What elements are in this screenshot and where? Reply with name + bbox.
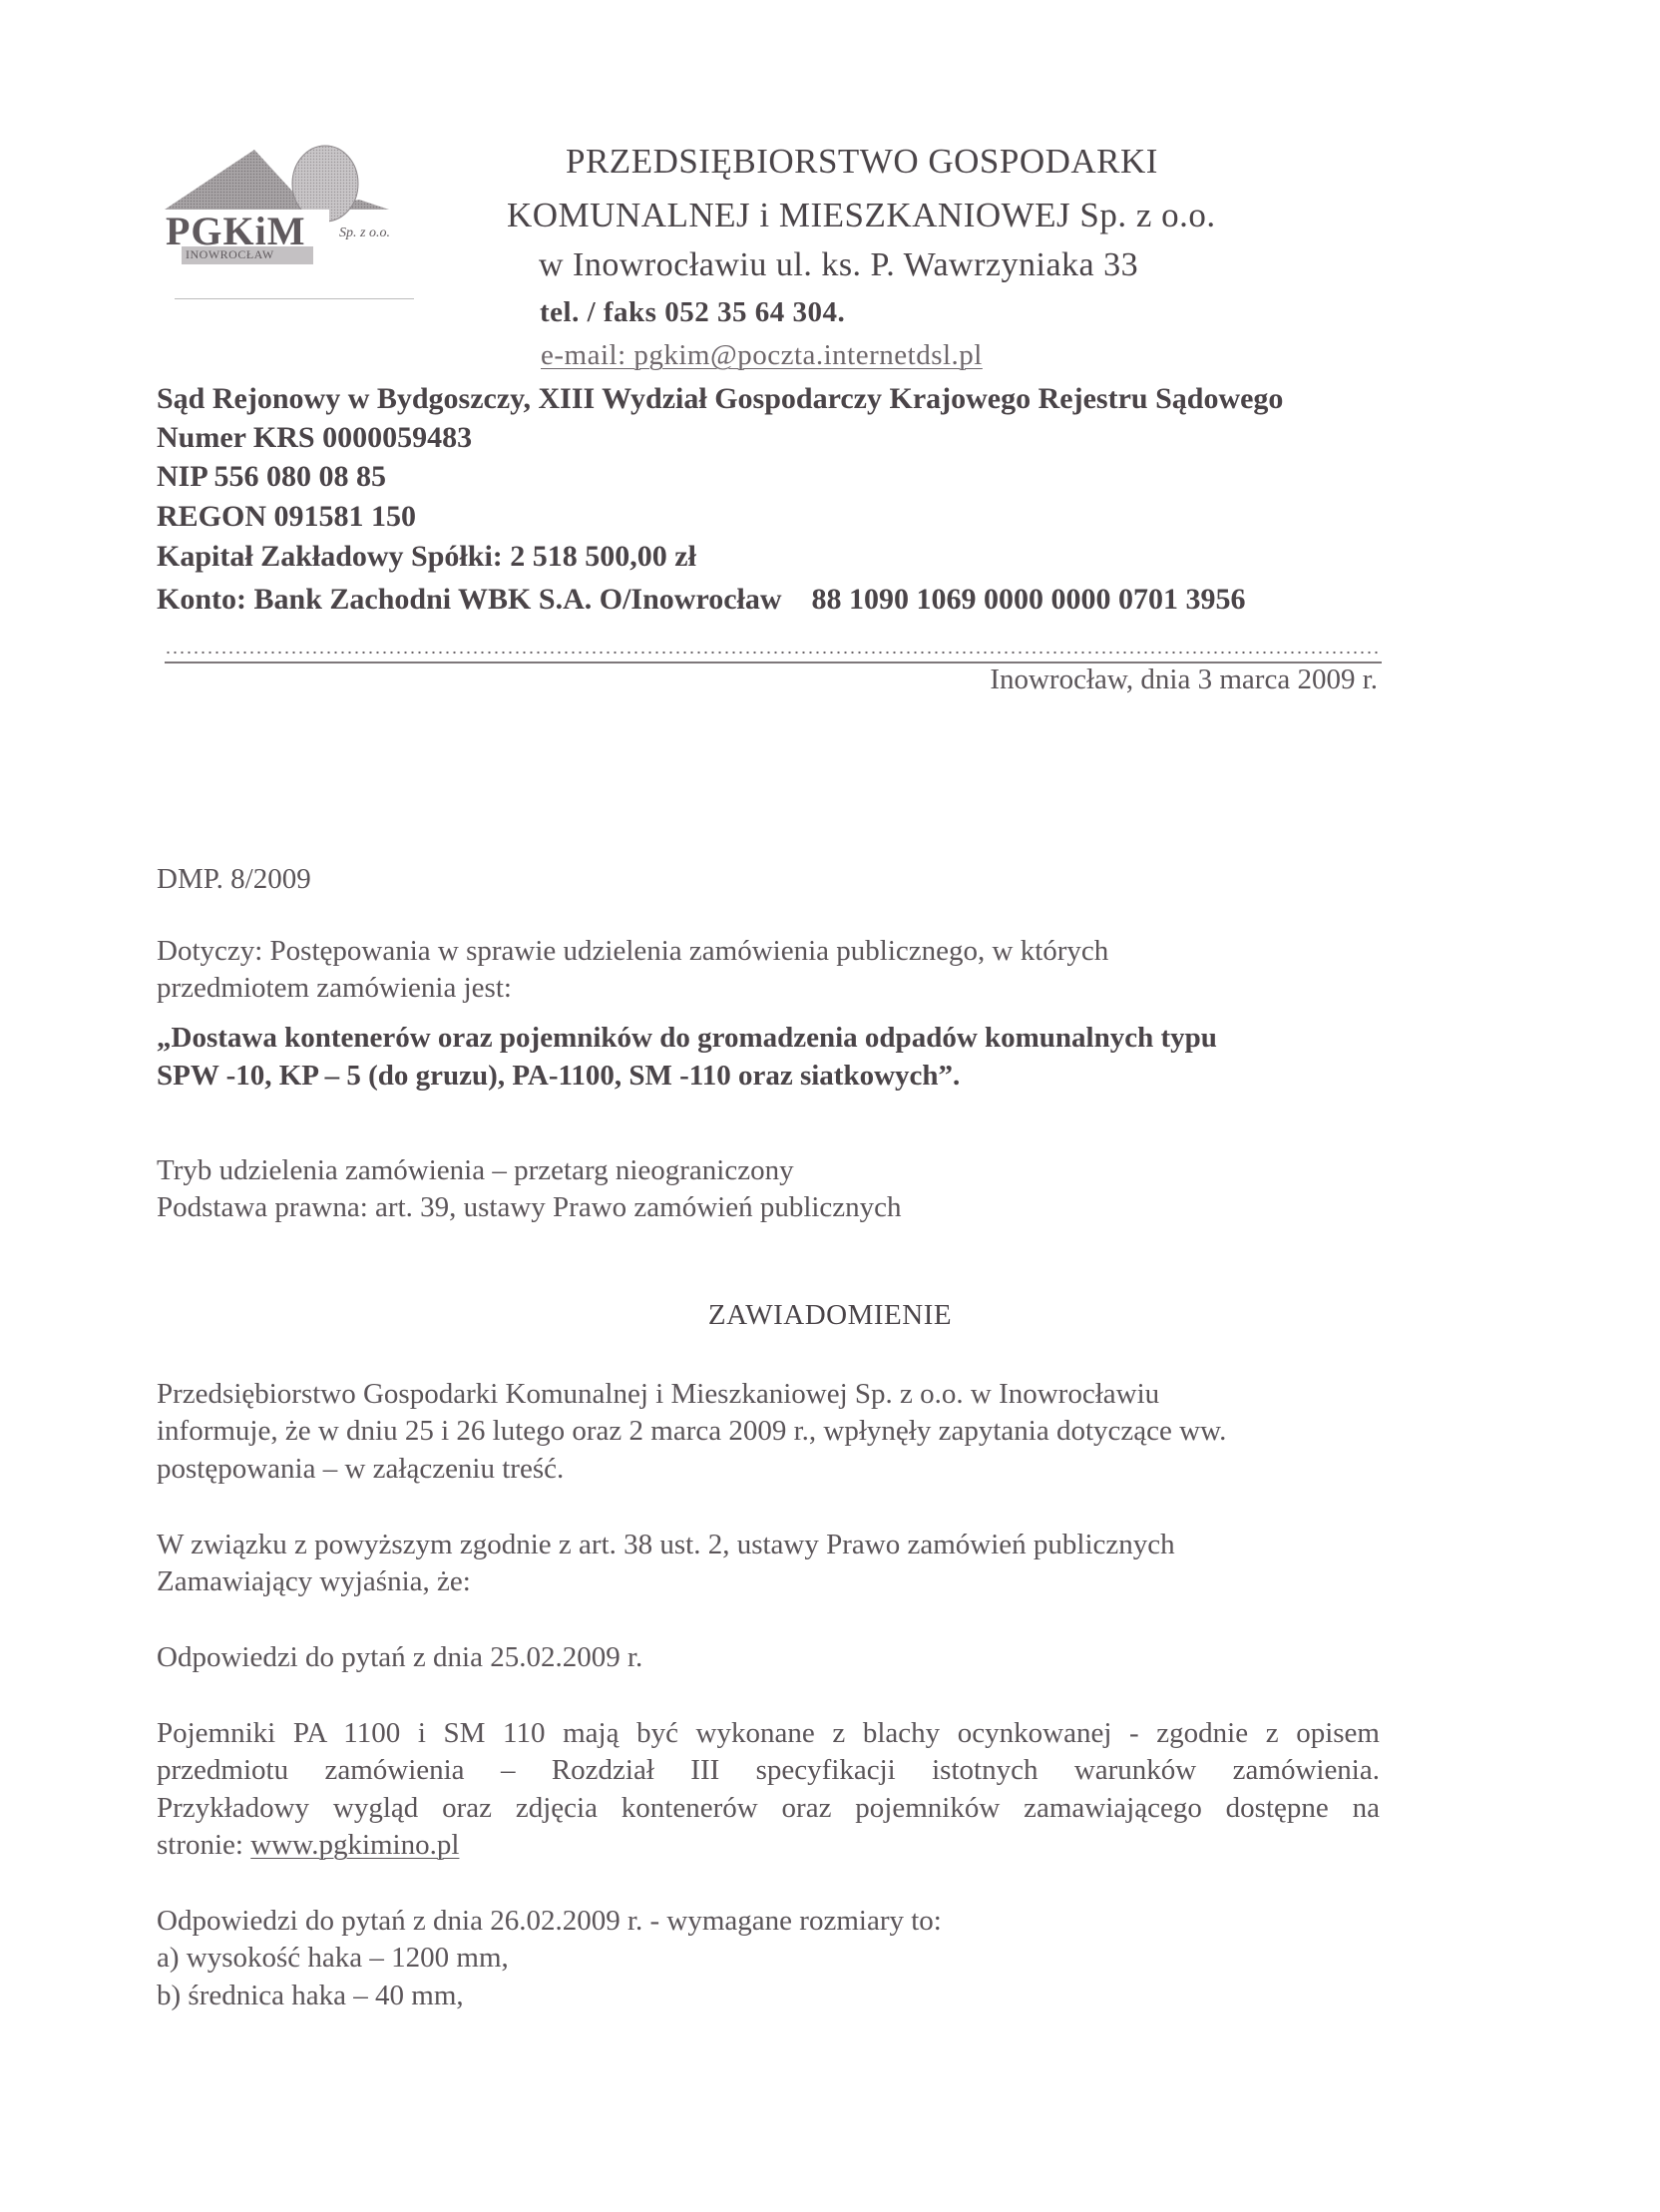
paragraph3-line3: Przykładowy wygląd oraz zdjęcia kontener… — [157, 1792, 1380, 1825]
paragraph3-line1: Pojemniki PA 1100 i SM 110 mają być wyko… — [157, 1717, 1380, 1750]
list-item-b: b) średnica haka – 40 mm, — [157, 1980, 464, 2012]
paragraph2-line2: Zamawiający wyjaśnia, że: — [157, 1565, 471, 1598]
notice-heading: ZAWIADOMIENIE — [0, 1299, 1660, 1332]
company-logo: PGKiM INOWROCŁAW Sp. z o.o. — [160, 140, 429, 289]
logo-suffix: Sp. z o.o. — [339, 225, 390, 241]
subject-title-line2: SPW -10, KP – 5 (do gruzu), PA-1100, SM … — [157, 1060, 960, 1093]
registry-nip: NIP 556 080 08 85 — [157, 460, 386, 494]
company-name-line2: KOMUNALNEJ i MIESZKANIOWEJ Sp. z o.o. — [507, 196, 1216, 235]
list-item-a: a) wysokość haka – 1200 mm, — [157, 1942, 509, 1975]
website-link[interactable]: www.pgkimino.pl — [250, 1829, 459, 1861]
website-prefix: stronie: — [157, 1829, 250, 1861]
paragraph3-line2: przedmiotu zamówienia – Rozdział III spe… — [157, 1754, 1380, 1787]
paragraph2-line1: W związku z powyższym zgodnie z art. 38 … — [157, 1529, 1175, 1561]
registry-court: Sąd Rejonowy w Bydgoszczy, XIII Wydział … — [157, 382, 1283, 416]
reference-number: DMP. 8/2009 — [157, 863, 311, 896]
subject-line2: przedmiotem zamówienia jest: — [157, 972, 512, 1005]
logo-underline — [175, 298, 414, 299]
company-email-link[interactable]: e-mail: pgkim@poczta.internetdsl.pl — [541, 339, 983, 372]
paragraph1-line1: Przedsiębiorstwo Gospodarki Komunalnej i… — [157, 1378, 1159, 1411]
registry-regon: REGON 091581 150 — [157, 500, 416, 534]
answers-26-heading: Odpowiedzi do pytań z dnia 26.02.2009 r.… — [157, 1905, 942, 1938]
subject-line1: Dotyczy: Postępowania w sprawie udzielen… — [157, 935, 1108, 968]
letter-date: Inowrocław, dnia 3 marca 2009 r. — [990, 664, 1378, 696]
paragraph1-line3: postępowania – w załączeniu treść. — [157, 1453, 564, 1486]
answers-25-heading: Odpowiedzi do pytań z dnia 25.02.2009 r. — [157, 1641, 642, 1674]
paragraph3-line4: stronie: www.pgkimino.pl — [157, 1829, 459, 1862]
company-name-line1: PRZEDSIĘBIORSTWO GOSPODARKI — [566, 142, 1158, 182]
paragraph1-line2: informuje, że w dniu 25 i 26 lutego oraz… — [157, 1415, 1226, 1448]
subject-title-line1: „Dostawa kontenerów oraz pojemników do g… — [157, 1022, 1217, 1055]
company-address: w Inowrocławiu ul. ks. P. Wawrzyniaka 33 — [539, 246, 1138, 284]
registry-capital: Kapitał Zakładowy Spółki: 2 518 500,00 z… — [157, 540, 696, 574]
procedure-legal-basis: Podstawa prawna: art. 39, ustawy Prawo z… — [157, 1191, 902, 1224]
registry-bank-account: Konto: Bank Zachodni WBK S.A. O/Inowrocł… — [157, 583, 1246, 617]
company-phone: tel. / faks 052 35 64 304. — [540, 296, 845, 329]
registry-krs: Numer KRS 0000059483 — [157, 421, 472, 455]
dotted-separator — [165, 650, 1382, 660]
logo-city: INOWROCŁAW — [186, 247, 274, 262]
procedure-mode: Tryb udzielenia zamówienia – przetarg ni… — [157, 1154, 794, 1187]
